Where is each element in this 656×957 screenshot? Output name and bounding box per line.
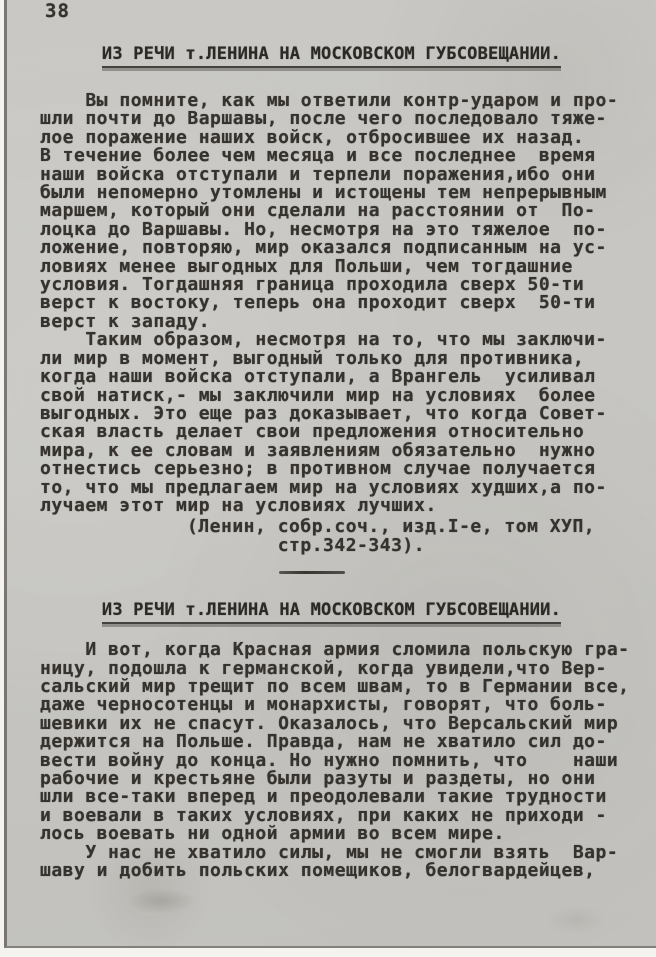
scan-smudge (547, 905, 607, 935)
section-2-heading-row: ИЗ РЕЧИ т.ЛЕНИНА НА МОСКОВСКОМ ГУБСОВЕЩА… (7, 574, 656, 624)
section-1-paragraph-1: Вы помните, как мы ответили контр-ударом… (40, 92, 656, 331)
page-number: 38 (45, 0, 70, 22)
section-2-paragraph-1: И вот, когда Красная армия сломила польс… (40, 641, 656, 843)
section-1-heading-row: ИЗ РЕЧИ т.ЛЕНИНА НА МОСКОВСКОМ ГУБСОВЕЩА… (7, 0, 656, 68)
section-1-heading: ИЗ РЕЧИ т.ЛЕНИНА НА МОСКОВСКОМ ГУБСОВЕЩА… (102, 44, 561, 68)
section-1-citation: (Ленин, собр.соч., изд.I-е, том ХУП, стр… (187, 518, 656, 555)
section-2-paragraph-2: У нас не хватило силы, мы не смогли взят… (40, 844, 656, 881)
scan-smudge (127, 888, 197, 914)
document-page: 38 ИЗ РЕЧИ т.ЛЕНИНА НА МОСКОВСКОМ ГУБСОВ… (4, 0, 656, 948)
section-2-heading: ИЗ РЕЧИ т.ЛЕНИНА НА МОСКОВСКОМ ГУБСОВЕЩА… (102, 600, 561, 624)
section-1-paragraph-2: Таким образом, несмотря на то, что мы за… (40, 331, 656, 515)
scanned-document: 38 ИЗ РЕЧИ т.ЛЕНИНА НА МОСКОВСКОМ ГУБСОВ… (0, 0, 656, 957)
